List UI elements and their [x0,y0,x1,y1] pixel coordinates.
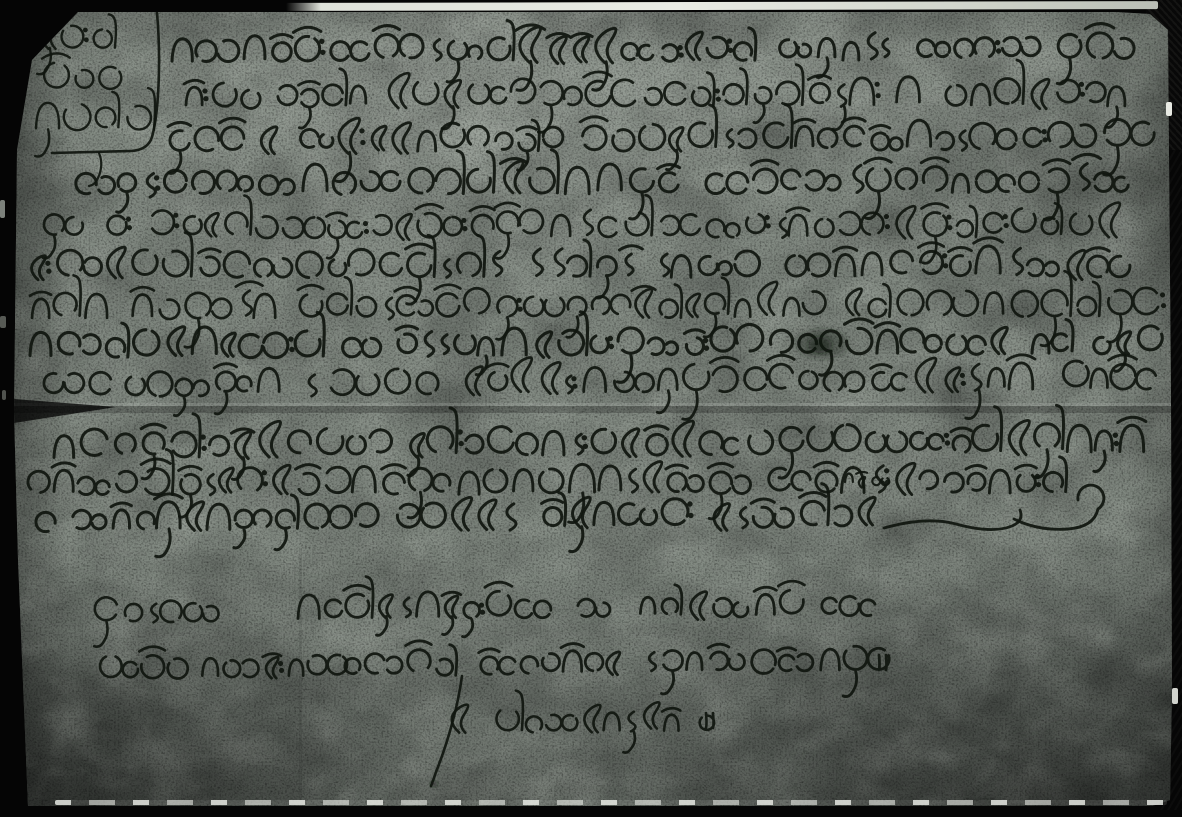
manuscript-artwork [0,0,1182,817]
left-edge-speck-2 [0,316,6,328]
left-edge-speck-1 [0,200,5,218]
right-edge-notch-lower [1172,688,1178,704]
manuscript-photograph [0,0,1182,817]
right-edge-notch-upper [1166,102,1172,116]
ink-smudge-core [808,337,832,353]
left-edge-speck-3 [2,390,6,400]
tail-end-blot [430,781,438,787]
manuscript-paper [0,0,1182,817]
paper-bottom-edge-highlight [55,800,1167,805]
